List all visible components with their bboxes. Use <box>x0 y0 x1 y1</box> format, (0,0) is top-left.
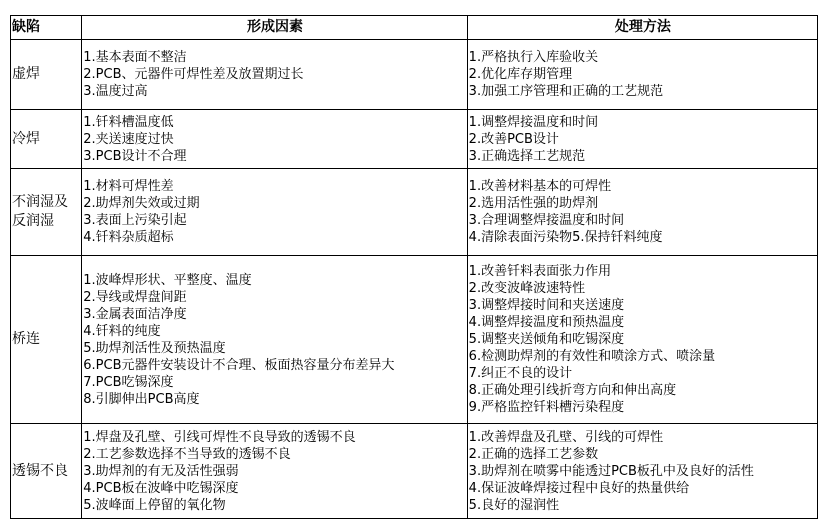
cause-item: 2.助焊剂失效或过期 <box>83 195 466 212</box>
defect-cell: 透锡不良 <box>11 424 82 519</box>
defect-name: 不润湿及 <box>12 193 81 212</box>
cause-item: 7.PCB吃锡深度 <box>83 374 466 391</box>
cause-item: 3.PCB设计不合理 <box>83 148 466 165</box>
solution-item: 4.保证波峰焊接过程中良好的热量供给 <box>469 480 817 497</box>
solution-item: 1.改善焊盘及孔壁、引线的可焊性 <box>469 429 817 446</box>
causes-cell: 1.基本表面不整洁 2.PCB、元器件可焊性差及放置期过长 3.温度过高 <box>82 40 467 110</box>
solutions-cell: 1.改善钎料表面张力作用 2.改变波峰波速特性 3.调整焊接时间和夹送速度 4.… <box>467 256 817 424</box>
solution-item: 5.调整夹送倾角和吃锡深度 <box>469 331 817 348</box>
solution-item: 3.加强工序管理和正确的工艺规范 <box>469 83 817 100</box>
causes-cell: 1.材料可焊性差 2.助焊剂失效或过期 3.表面上污染引起 4.钎料杂质超标 <box>82 169 467 256</box>
header-causes: 形成因素 <box>82 16 467 40</box>
defect-name: 透锡不良 <box>12 462 81 481</box>
solution-item: 3.调整焊接时间和夹送速度 <box>469 297 817 314</box>
defect-name: 反润湿 <box>12 212 81 231</box>
cause-item: 4.PCB板在波峰中吃锡深度 <box>83 480 466 497</box>
cause-item: 3.表面上污染引起 <box>83 212 466 229</box>
solution-item: 2.正确的选择工艺参数 <box>469 446 817 463</box>
defect-name: 虚焊 <box>12 65 81 84</box>
defect-cell: 不润湿及 反润湿 <box>11 169 82 256</box>
defect-table: 缺陷 形成因素 处理方法 虚焊 1.基本表面不整洁 2.PCB、元器件可焊性差及… <box>10 15 818 519</box>
cause-item: 5.波峰面上停留的氧化物 <box>83 497 466 514</box>
cause-item: 2.夹送速度过快 <box>83 131 466 148</box>
solution-item: 3.合理调整焊接温度和时间 <box>469 212 817 229</box>
table-row: 透锡不良 1.焊盘及孔壁、引线可焊性不良导致的透锡不良 2.工艺参数选择不当导致… <box>11 424 818 519</box>
causes-cell: 1.焊盘及孔壁、引线可焊性不良导致的透锡不良 2.工艺参数选择不当导致的透锡不良… <box>82 424 467 519</box>
solution-item: 5.良好的湿润性 <box>469 497 817 514</box>
defect-cell: 虚焊 <box>11 40 82 110</box>
solution-item: 2.改善PCB设计 <box>469 131 817 148</box>
solution-item: 2.改变波峰波速特性 <box>469 280 817 297</box>
cause-item: 5.助焊剂活性及预热温度 <box>83 340 466 357</box>
cause-item: 1.焊盘及孔壁、引线可焊性不良导致的透锡不良 <box>83 429 466 446</box>
header-defect: 缺陷 <box>11 16 82 40</box>
solution-item: 4.清除表面污染物5.保持钎料纯度 <box>469 229 817 246</box>
solution-item: 7.纠正不良的设计 <box>469 365 817 382</box>
solution-item: 9.严格监控钎料槽污染程度 <box>469 399 817 416</box>
solution-item: 1.改善钎料表面张力作用 <box>469 263 817 280</box>
table-row: 虚焊 1.基本表面不整洁 2.PCB、元器件可焊性差及放置期过长 3.温度过高 … <box>11 40 818 110</box>
solutions-cell: 1.改善焊盘及孔壁、引线的可焊性 2.正确的选择工艺参数 3.助焊剂在喷雾中能透… <box>467 424 817 519</box>
cause-item: 1.钎料槽温度低 <box>83 114 466 131</box>
solution-item: 6.检测助焊剂的有效性和喷涂方式、喷涂量 <box>469 348 817 365</box>
cause-item: 1.波峰焊形状、平整度、温度 <box>83 272 466 289</box>
defect-cell: 桥连 <box>11 256 82 424</box>
header-solutions: 处理方法 <box>467 16 817 40</box>
cause-item: 3.助焊剂的有无及活性强弱 <box>83 463 466 480</box>
solution-item: 4.调整焊接温度和预热温度 <box>469 314 817 331</box>
cause-item: 1.基本表面不整洁 <box>83 49 466 66</box>
cause-item: 4.钎料的纯度 <box>83 323 466 340</box>
cause-item: 8.引脚伸出PCB高度 <box>83 391 466 408</box>
solution-item: 1.严格执行入库验收关 <box>469 49 817 66</box>
solutions-cell: 1.严格执行入库验收关 2.优化库存期管理 3.加强工序管理和正确的工艺规范 <box>467 40 817 110</box>
cause-item: 4.钎料杂质超标 <box>83 229 466 246</box>
defect-cell: 冷焊 <box>11 110 82 169</box>
solution-item: 2.优化库存期管理 <box>469 66 817 83</box>
defect-name: 冷焊 <box>12 130 81 149</box>
causes-cell: 1.钎料槽温度低 2.夹送速度过快 3.PCB设计不合理 <box>82 110 467 169</box>
header-row: 缺陷 形成因素 处理方法 <box>11 16 818 40</box>
table-row: 桥连 1.波峰焊形状、平整度、温度 2.导线或焊盘间距 3.金属表面洁净度 4.… <box>11 256 818 424</box>
cause-item: 3.温度过高 <box>83 83 466 100</box>
cause-item: 1.材料可焊性差 <box>83 178 466 195</box>
causes-cell: 1.波峰焊形状、平整度、温度 2.导线或焊盘间距 3.金属表面洁净度 4.钎料的… <box>82 256 467 424</box>
solution-item: 1.调整焊接温度和时间 <box>469 114 817 131</box>
cause-item: 2.工艺参数选择不当导致的透锡不良 <box>83 446 466 463</box>
solution-item: 8.正确处理引线折弯方向和伸出高度 <box>469 382 817 399</box>
solution-item: 2.选用活性强的助焊剂 <box>469 195 817 212</box>
table-row: 不润湿及 反润湿 1.材料可焊性差 2.助焊剂失效或过期 3.表面上污染引起 4… <box>11 169 818 256</box>
cause-item: 6.PCB元器件安装设计不合理、板面热容量分布差异大 <box>83 357 466 374</box>
solution-item: 3.正确选择工艺规范 <box>469 148 817 165</box>
cause-item: 3.金属表面洁净度 <box>83 306 466 323</box>
solution-item: 1.改善材料基本的可焊性 <box>469 178 817 195</box>
defect-name: 桥连 <box>12 330 81 349</box>
cause-item: 2.PCB、元器件可焊性差及放置期过长 <box>83 66 466 83</box>
table-row: 冷焊 1.钎料槽温度低 2.夹送速度过快 3.PCB设计不合理 1.调整焊接温度… <box>11 110 818 169</box>
solutions-cell: 1.调整焊接温度和时间 2.改善PCB设计 3.正确选择工艺规范 <box>467 110 817 169</box>
solution-item: 3.助焊剂在喷雾中能透过PCB板孔中及良好的活性 <box>469 463 817 480</box>
solutions-cell: 1.改善材料基本的可焊性 2.选用活性强的助焊剂 3.合理调整焊接温度和时间 4… <box>467 169 817 256</box>
cause-item: 2.导线或焊盘间距 <box>83 289 466 306</box>
